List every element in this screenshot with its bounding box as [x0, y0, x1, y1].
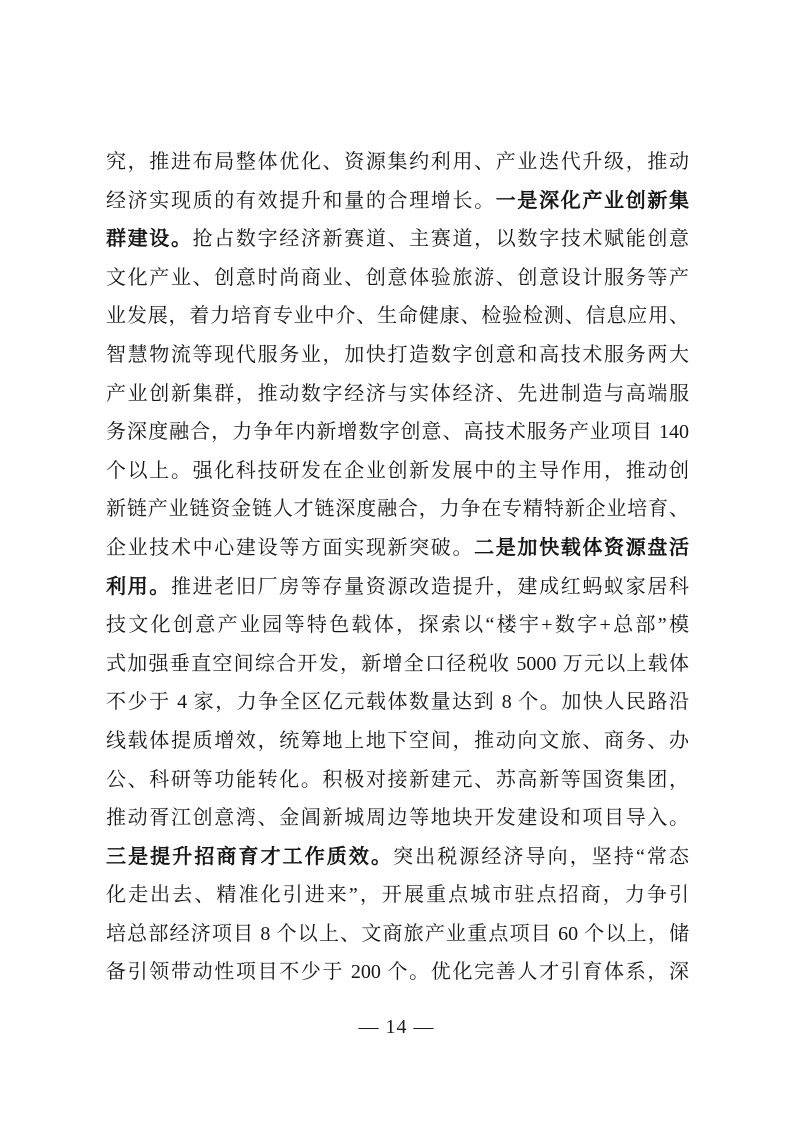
text-segment: 备引领带动性项目不少于 200 个。优化完善人才引育体系，深	[106, 961, 689, 983]
text-segment: 个以上。强化科技研发在企业创新发展中的主导作用，推动创	[106, 460, 689, 482]
text-segment: 抢占数字经济新赛道、主赛道，以数字技术赋能创意	[193, 228, 689, 250]
section-heading-2: 二是加快载体资源盘活	[474, 537, 689, 559]
text-segment: 推动胥江创意湾、金阊新城周边等地块开发建设和项目导入。	[106, 807, 689, 829]
text-segment: 化走出去、精准化引进来”，开展重点城市驻点招商，力争引	[106, 884, 689, 906]
text-segment: 企业技术中心建设等方面实现新突破。	[106, 537, 474, 559]
text-line: 推动胥江创意湾、金阊新城周边等地块开发建设和项目导入。	[106, 799, 689, 838]
text-segment: 技文化创意产业园等特色载体，探索以“楼宇+数字+总部”模	[106, 614, 689, 636]
text-segment: 培总部经济项目 8 个以上、文商旅产业重点项目 60 个以上，储	[106, 923, 689, 945]
text-line: 公、科研等功能转化。积极对接新建元、苏高新等国资集团，	[106, 761, 689, 800]
text-line: 个以上。强化科技研发在企业创新发展中的主导作用，推动创	[106, 452, 689, 491]
text-line: 新链产业链资金链人才链深度融合，力争在专精特新企业培育、	[106, 490, 689, 529]
section-heading-2-cont: 利用。	[106, 576, 171, 598]
text-segment: 公、科研等功能转化。积极对接新建元、苏高新等国资集团，	[106, 769, 689, 791]
text-line: 群建设。抢占数字经济新赛道、主赛道，以数字技术赋能创意	[106, 220, 689, 259]
text-segment: 新链产业链资金链人才链深度融合，力争在专精特新企业培育、	[106, 498, 689, 520]
text-segment: 究，推进布局整体优化、资源集约利用、产业迭代升级，推动	[106, 151, 689, 173]
text-segment: 文化产业、创意时尚商业、创意体验旅游、创意设计服务等产	[106, 267, 689, 289]
text-line: 线载体提质增效，统筹地上地下空间，推动向文旅、商务、办	[106, 722, 689, 761]
text-line: 产业创新集群，推动数字经济与实体经济、先进制造与高端服	[106, 375, 689, 414]
text-line: 培总部经济项目 8 个以上、文商旅产业重点项目 60 个以上，储	[106, 915, 689, 954]
text-segment: 智慧物流等现代服务业，加快打造数字创意和高技术服务两大	[106, 344, 689, 366]
text-line: 技文化创意产业园等特色载体，探索以“楼宇+数字+总部”模	[106, 606, 689, 645]
text-segment: 业发展，着力培育专业中介、生命健康、检验检测、信息应用、	[106, 305, 689, 327]
text-line: 化走出去、精准化引进来”，开展重点城市驻点招商，力争引	[106, 876, 689, 915]
document-page: 究，推进布局整体优化、资源集约利用、产业迭代升级，推动 经济实现质的有效提升和量…	[0, 0, 793, 1122]
text-segment: 线载体提质增效，统筹地上地下空间，推动向文旅、商务、办	[106, 730, 689, 752]
section-heading-3: 三是提升招商育才工作质效。	[106, 846, 393, 868]
text-line: 经济实现质的有效提升和量的合理增长。一是深化产业创新集	[106, 182, 689, 221]
text-line: 利用。推进老旧厂房等存量资源改造提升，建成红蚂蚁家居科	[106, 568, 689, 607]
text-line: 务深度融合，力争年内新增数字创意、高技术服务产业项目 140	[106, 413, 689, 452]
text-line: 业发展，着力培育专业中介、生命健康、检验检测、信息应用、	[106, 297, 689, 336]
section-heading-1: 一是深化产业创新集	[496, 190, 689, 212]
text-line: 备引领带动性项目不少于 200 个。优化完善人才引育体系，深	[106, 953, 689, 992]
text-line: 三是提升招商育才工作质效。突出税源经济导向，坚持“常态	[106, 838, 689, 877]
text-segment: 式加强垂直空间综合开发，新增全口径税收 5000 万元以上载体	[106, 653, 689, 675]
text-segment: 产业创新集群，推动数字经济与实体经济、先进制造与高端服	[106, 383, 689, 405]
section-heading-1-cont: 群建设。	[106, 228, 193, 250]
text-line: 智慧物流等现代服务业，加快打造数字创意和高技术服务两大	[106, 336, 689, 375]
text-segment: 突出税源经济导向，坚持“常态	[393, 846, 689, 868]
text-segment: 不少于 4 家，力争全区亿元载体数量达到 8 个。加快人民路沿	[106, 691, 689, 713]
text-line: 文化产业、创意时尚商业、创意体验旅游、创意设计服务等产	[106, 259, 689, 298]
body-text: 究，推进布局整体优化、资源集约利用、产业迭代升级，推动 经济实现质的有效提升和量…	[106, 143, 689, 992]
page-number: — 14 —	[0, 1013, 793, 1041]
text-segment: 务深度融合，力争年内新增数字创意、高技术服务产业项目 140	[106, 421, 689, 443]
text-segment: 经济实现质的有效提升和量的合理增长。	[106, 190, 496, 212]
text-line: 式加强垂直空间综合开发，新增全口径税收 5000 万元以上载体	[106, 645, 689, 684]
text-segment: 推进老旧厂房等存量资源改造提升，建成红蚂蚁家居科	[171, 576, 689, 598]
text-line: 企业技术中心建设等方面实现新突破。二是加快载体资源盘活	[106, 529, 689, 568]
text-line: 不少于 4 家，力争全区亿元载体数量达到 8 个。加快人民路沿	[106, 683, 689, 722]
text-line: 究，推进布局整体优化、资源集约利用、产业迭代升级，推动	[106, 143, 689, 182]
